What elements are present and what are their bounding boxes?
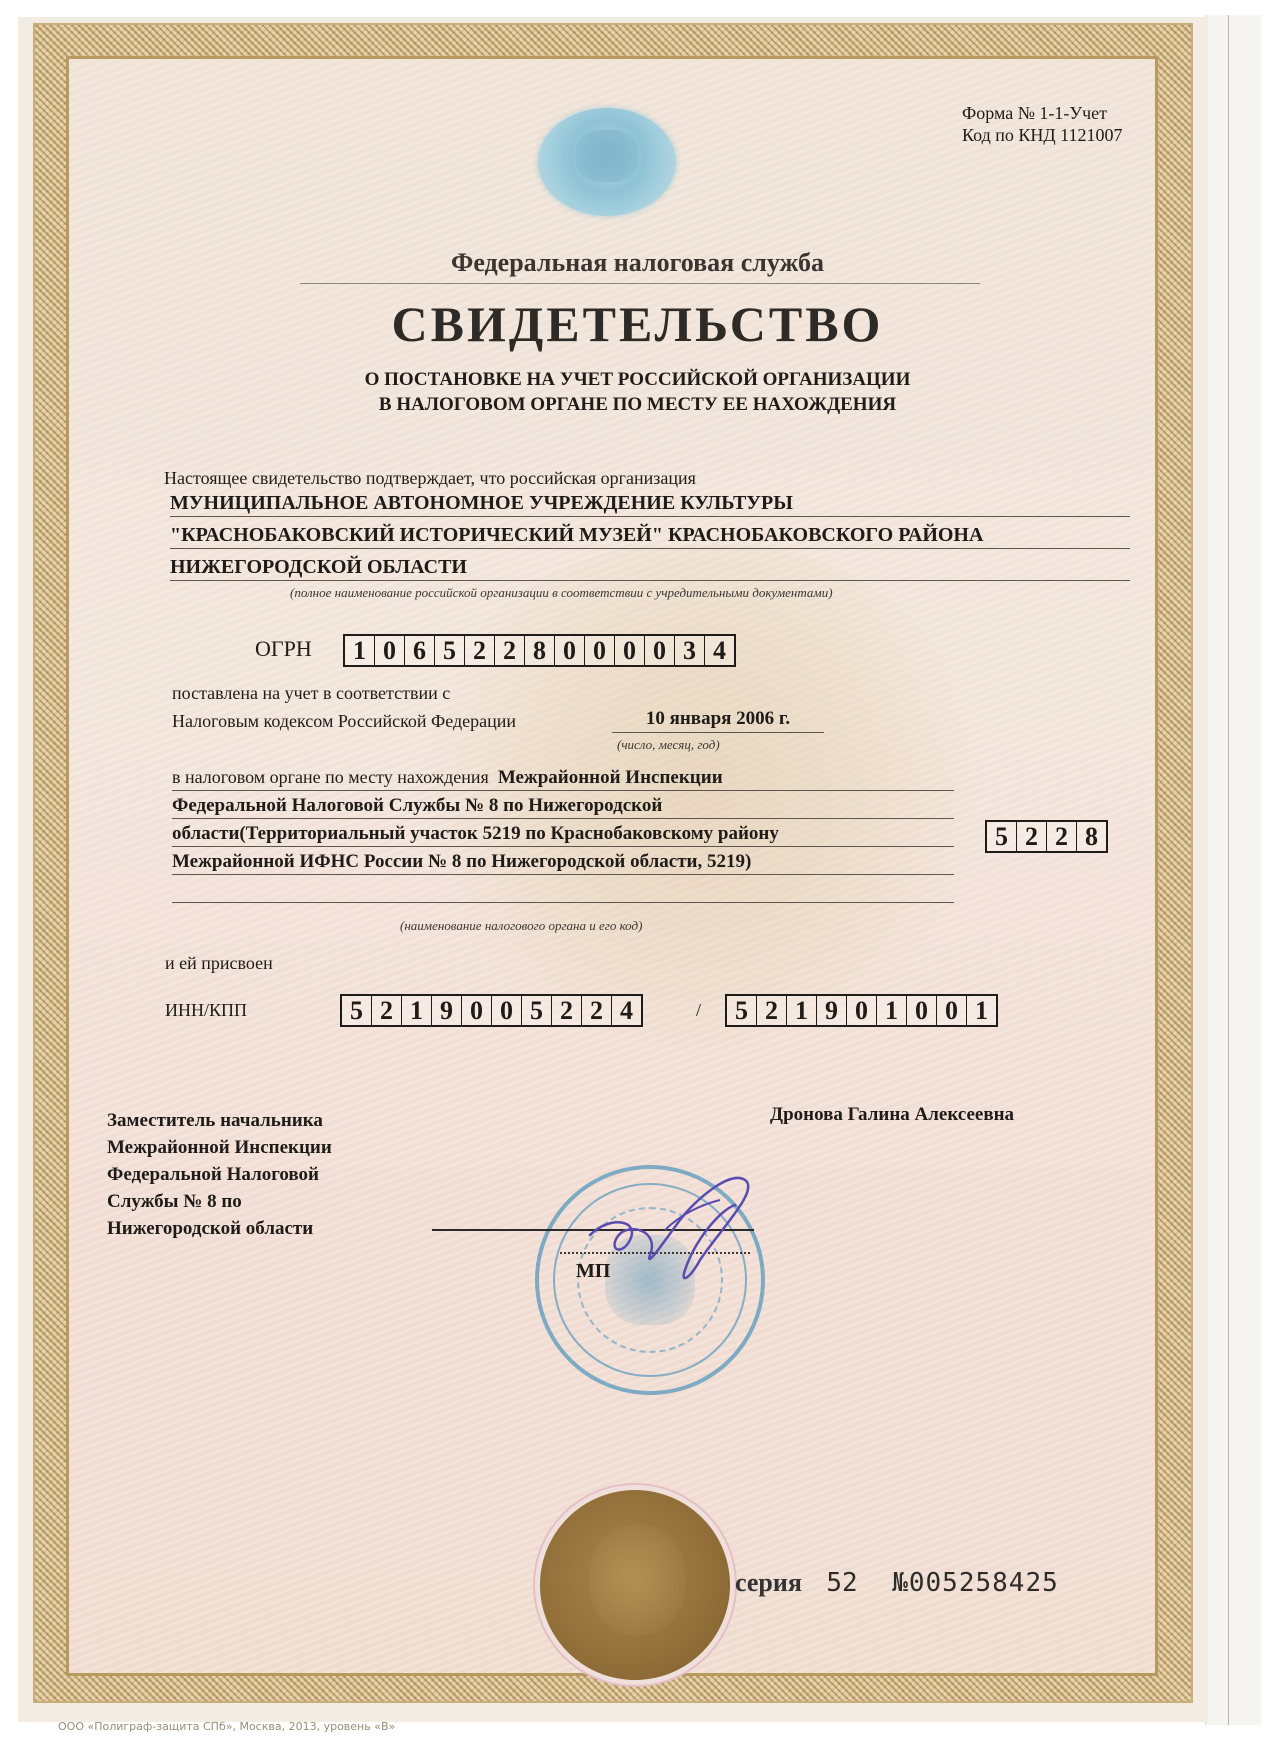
document-number: №005258425 [892, 1568, 1059, 1598]
kpp-digit-5: 0 [847, 996, 877, 1025]
divider [300, 283, 980, 284]
ogrn-digit-6: 2 [495, 636, 525, 665]
document-subtitle: О ПОСТАНОВКЕ НА УЧЕТ РОССИЙСКОЙ ОРГАНИЗА… [0, 367, 1275, 417]
inn-digit-7: 5 [522, 996, 552, 1025]
registration-text-2: Налоговым кодексом Российской Федерации [172, 711, 516, 732]
series-label: серия [735, 1568, 802, 1597]
position-line-2: Межрайонной Инспекции [107, 1134, 332, 1161]
printer-note: ООО «Полиграф-защита СПб», Москва, 2013,… [58, 1720, 395, 1733]
tax-authority-prefix: в налоговом органе по месту нахождения [172, 767, 489, 787]
date-caption: (число, месяц, год) [617, 737, 720, 753]
ogrn-digit-4: 5 [435, 636, 465, 665]
tax-code-digit-3: 2 [1047, 822, 1077, 851]
form-info: Форма № 1-1-Учет Код по КНД 1121007 [962, 102, 1123, 146]
registration-text-1: поставлена на учет в соответствии с [172, 683, 450, 704]
organization-name-line-1: МУНИЦИПАЛЬНОЕ АВТОНОМНОЕ УЧРЕЖДЕНИЕ КУЛЬ… [170, 490, 1130, 517]
kpp-digit-2: 2 [757, 996, 787, 1025]
signatory-position: Заместитель начальника Межрайонной Инспе… [107, 1107, 332, 1242]
inn-digit-10: 4 [612, 996, 641, 1025]
inn-digit-6: 0 [492, 996, 522, 1025]
intro-text: Настоящее свидетельство подтверждает, чт… [164, 468, 696, 489]
ogrn-digit-boxes: 1065228000034 [343, 634, 736, 667]
ogrn-digit-9: 0 [585, 636, 615, 665]
signatory-name: Дронова Галина Алексеевна [770, 1104, 1014, 1126]
form-number: Форма № 1-1-Учет [962, 102, 1123, 124]
tax-authority-code-boxes: 5228 [985, 820, 1108, 853]
ogrn-digit-7: 8 [525, 636, 555, 665]
hologram-emblem-icon [538, 108, 676, 216]
issuer-name: Федеральная налоговая служба [0, 248, 1275, 278]
tax-code-digit-1: 5 [987, 822, 1017, 851]
ogrn-label: ОГРН [255, 636, 312, 662]
tax-authority-name-4: Межрайонной ИФНС России № 8 по Нижегород… [172, 851, 751, 872]
position-line-3: Федеральной Налоговой [107, 1161, 332, 1188]
organization-name-line-2: "КРАСНОБАКОВСКИЙ ИСТОРИЧЕСКИЙ МУЗЕЙ" КРА… [170, 522, 1130, 549]
kpp-digit-7: 0 [907, 996, 937, 1025]
tax-code-digit-4: 8 [1077, 822, 1106, 851]
tax-authority-line-5 [172, 876, 954, 903]
inn-digit-1: 5 [342, 996, 372, 1025]
inn-digit-boxes: 5219005224 [340, 994, 643, 1027]
tax-authority-name-1: Межрайонной Инспекции [498, 767, 723, 788]
tax-code-digit-2: 2 [1017, 822, 1047, 851]
tax-authority-caption: (наименование налогового органа и его ко… [400, 918, 642, 934]
knd-code: Код по КНД 1121007 [962, 124, 1123, 146]
ogrn-digit-10: 0 [615, 636, 645, 665]
kpp-digit-8: 0 [937, 996, 967, 1025]
position-line-5: Нижегородской области [107, 1215, 332, 1242]
inn-digit-8: 2 [552, 996, 582, 1025]
tax-authority-line-1: в налоговом органе по месту нахождения М… [172, 764, 954, 791]
kpp-digit-6: 1 [877, 996, 907, 1025]
handwritten-signature-icon [570, 1160, 780, 1300]
inn-digit-4: 9 [432, 996, 462, 1025]
inn-kpp-separator: / [696, 1000, 701, 1021]
tax-authority-line-2: Федеральной Налоговой Службы № 8 по Ниже… [172, 792, 954, 819]
tax-authority-line-4: Межрайонной ИФНС России № 8 по Нижегород… [172, 848, 954, 875]
kpp-digit-4: 9 [817, 996, 847, 1025]
inn-digit-5: 0 [462, 996, 492, 1025]
document-title: СВИДЕТЕЛЬСТВО [0, 295, 1275, 353]
series-value: 52 [826, 1568, 857, 1598]
ogrn-digit-1: 1 [345, 636, 375, 665]
tax-authority-name-2: Федеральной Налоговой Службы № 8 по Ниже… [172, 795, 662, 816]
subtitle-line-1: О ПОСТАНОВКЕ НА УЧЕТ РОССИЙСКОЙ ОРГАНИЗА… [0, 367, 1275, 392]
organization-name-line-3: НИЖЕГОРОДСКОЙ ОБЛАСТИ [170, 554, 1130, 581]
tax-authority-line-3: области(Территориальный участок 5219 по … [172, 820, 954, 847]
inn-digit-2: 2 [372, 996, 402, 1025]
kpp-digit-3: 1 [787, 996, 817, 1025]
ogrn-digit-13: 4 [705, 636, 734, 665]
ogrn-digit-5: 2 [465, 636, 495, 665]
ogrn-digit-12: 3 [675, 636, 705, 665]
subtitle-line-2: В НАЛОГОВОМ ОРГАНЕ ПО МЕСТУ ЕЕ НАХОЖДЕНИ… [0, 392, 1275, 417]
position-line-4: Службы № 8 по [107, 1188, 332, 1215]
organization-caption: (полное наименование российской организа… [290, 585, 833, 601]
seal-eagle-icon [590, 1525, 685, 1635]
ogrn-digit-11: 0 [645, 636, 675, 665]
series-number: серия 52 №005258425 [735, 1568, 1059, 1598]
inn-digit-3: 1 [402, 996, 432, 1025]
ogrn-digit-8: 0 [555, 636, 585, 665]
assigned-label: и ей присвоен [165, 953, 273, 974]
kpp-digit-9: 1 [967, 996, 996, 1025]
inn-kpp-label: ИНН/КПП [165, 1000, 247, 1021]
registration-date: 10 января 2006 г. [612, 708, 824, 733]
position-line-1: Заместитель начальника [107, 1107, 332, 1134]
inn-digit-9: 2 [582, 996, 612, 1025]
kpp-digit-1: 5 [727, 996, 757, 1025]
kpp-digit-boxes: 521901001 [725, 994, 998, 1027]
ogrn-digit-3: 6 [405, 636, 435, 665]
ogrn-digit-2: 0 [375, 636, 405, 665]
tax-authority-name-3: области(Территориальный участок 5219 по … [172, 823, 779, 844]
